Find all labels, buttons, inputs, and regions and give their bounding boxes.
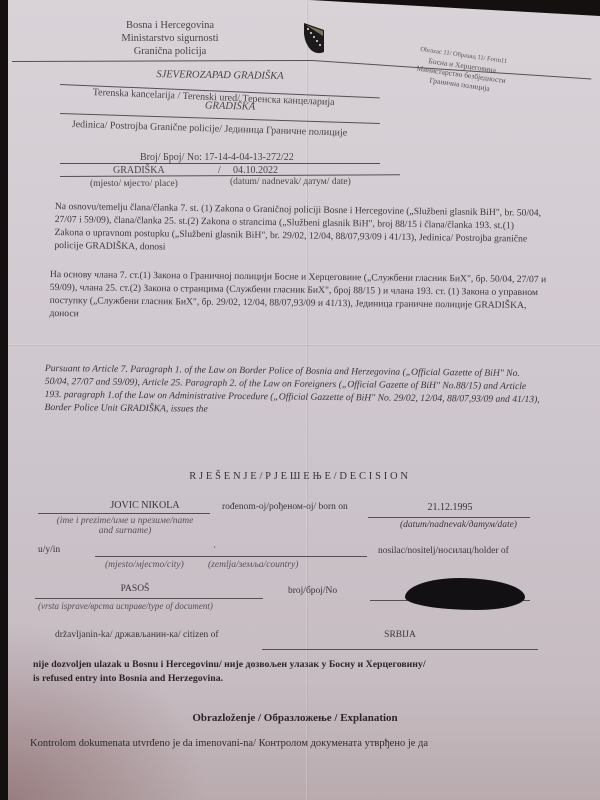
city-caption: (mjesto/мјесто/city): [105, 560, 184, 570]
citizen-rule: [262, 649, 538, 650]
refusal-line-1: nije dozvoljen ulazak u Bosnu i Hercegov…: [33, 659, 426, 670]
preamble-cyrillic: На основу члана 7. ст.(1) Закона о Грани…: [49, 268, 550, 325]
place-caption: (mjesto/ мјесто/ place): [90, 178, 178, 191]
preamble-english: Pursuant to Article 7. Paragraph 1. of t…: [44, 362, 545, 419]
reference-number-label: Broj/ Број/ No:: [140, 152, 202, 163]
decision-title: RJEŠENJE/РЈЕШЕЊЕ/DECISION: [140, 471, 460, 482]
name-value: JOVIC NIKOLA: [85, 500, 205, 511]
reference-number-value: 17-14-4-04-13-272/22: [204, 152, 293, 163]
born-caption: (datum/nadnevak/датум/date): [400, 520, 517, 530]
doc-type-value: PASOŠ: [90, 584, 180, 594]
photo-shadow: [8, 620, 208, 800]
country-caption: (zemlja/земља/country): [208, 560, 298, 570]
fold-crease-horizontal: [8, 344, 600, 346]
office-value: GRADIŠKA: [180, 99, 280, 115]
born-value: 21.12.1995: [370, 502, 530, 513]
born-label: rođenom-oj/рођеном-ој/ born on: [222, 502, 348, 512]
doc-type-caption: (vrsta isprave/врста исправе/type of doc…: [38, 601, 213, 611]
city-rule: [95, 556, 367, 557]
header-agency: Granična policija: [90, 45, 250, 58]
name-rule: [38, 513, 210, 514]
explanation-text: Kontrolom dokumenata utvrđeno je da imen…: [30, 738, 428, 749]
doc-no-label: broj/број/No: [288, 586, 337, 596]
preamble-latin: Na osnovu/temelju člana/članka 7. st. (1…: [54, 200, 545, 259]
name-caption-line: (ime i prezime/име и презиме/name: [40, 516, 210, 526]
city-value: ·: [213, 543, 216, 553]
born-rule: [368, 517, 530, 518]
holder-label: nosilac/nositelj/носилац/holder of: [378, 546, 509, 556]
explanation-title: Obrazloženje / Образложење / Explanation: [150, 712, 440, 724]
header-ministry: Ministarstvo sigurnosti: [90, 32, 250, 45]
citizen-value: SRBIJA: [360, 630, 440, 640]
refusal-line-2: is refused entry into Bosnia and Herzego…: [33, 673, 223, 684]
in-label: u/у/in: [38, 545, 60, 555]
date-caption: (datum/ nadnevak/ датум/ date): [230, 176, 351, 189]
doc-type-rule: [35, 598, 263, 599]
citizen-label: državljanin-ka/ држављанин-ка/ citizen o…: [55, 630, 219, 640]
name-caption: (ime i prezime/име и презиме/name and su…: [40, 516, 210, 536]
coat-of-arms-icon: [303, 22, 325, 56]
header-country: Bosna i Hercegovina: [90, 19, 250, 32]
name-caption-line: and surname): [40, 526, 210, 536]
region-name: SJEVEROZAPAD GRADIŠKA: [120, 68, 320, 84]
